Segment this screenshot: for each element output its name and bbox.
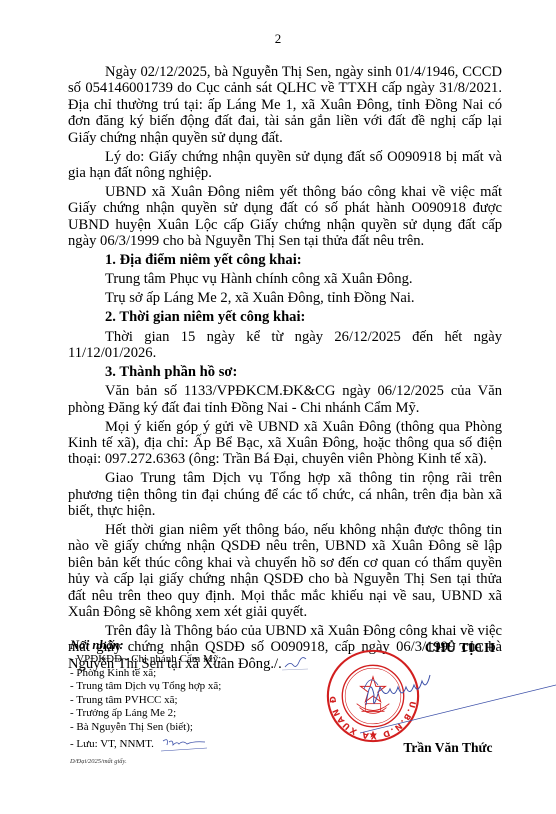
recipients-footnote: D/Đại/2025/mất giấy.: [70, 755, 270, 769]
chairman-signature-icon: [360, 665, 556, 735]
signer-name: Trần Văn Thức: [378, 740, 518, 756]
recipient-item-text: - Lưu: VT, NNMT.: [70, 738, 154, 750]
paragraph-broadcast: Giao Trung tâm Dịch vụ Tổng hợp xã thông…: [68, 470, 502, 519]
page-number: 2: [0, 31, 556, 47]
recipient-item: - Trung tâm Dịch vụ Tổng hợp xã;: [70, 680, 270, 694]
recipients-block: Nơi nhận: - VPĐKĐĐ - Chi nhánh Cẩm Mỹ; -…: [70, 638, 270, 768]
recipient-item: - Bà Nguyễn Thị Sen (biết);: [70, 721, 270, 735]
section-heading-time: 2. Thời gian niêm yết công khai:: [68, 309, 502, 325]
section-line: Trụ sở ấp Láng Me 2, xã Xuân Đông, tỉnh …: [68, 290, 502, 306]
section-line: Trung tâm Phục vụ Hành chính công xã Xuâ…: [68, 271, 502, 287]
recipient-item: - Phòng Kinh tế xã;: [70, 667, 270, 681]
recipient-item: - Lưu: VT, NNMT.: [70, 735, 270, 753]
recipient-item: - VPĐKĐĐ - Chi nhánh Cẩm Mỹ;: [70, 653, 270, 667]
paragraph-intro: Ngày 02/12/2025, bà Nguyễn Thị Sen, ngày…: [68, 64, 502, 146]
handwritten-initial-icon: [161, 735, 207, 753]
paragraph-notice: UBND xã Xuân Đông niêm yết thông báo côn…: [68, 184, 502, 250]
initial-signature-icon: [282, 657, 308, 671]
section-heading-documents: 3. Thành phần hồ sơ:: [68, 364, 502, 380]
paragraph-feedback: Mọi ý kiến góp ý gửi về UBND xã Xuân Đôn…: [68, 419, 502, 468]
section-heading-location: 1. Địa điểm niêm yết công khai:: [68, 252, 502, 268]
document-body: Ngày 02/12/2025, bà Nguyễn Thị Sen, ngày…: [68, 64, 502, 675]
recipient-item: - Trưởng ấp Láng Me 2;: [70, 707, 270, 721]
paragraph-expiry: Hết thời gian niêm yết thông báo, nếu kh…: [68, 522, 502, 620]
paragraph-reason: Lý do: Giấy chứng nhận quyền sử dụng đất…: [68, 149, 502, 182]
section-line: Văn bản số 1133/VPĐKCM.ĐK&CG ngày 06/12/…: [68, 383, 502, 416]
section-line: Thời gian 15 ngày kể từ ngày 26/12/2025 …: [68, 329, 502, 362]
recipient-item: - Trung tâm PVHCC xã;: [70, 694, 270, 708]
recipients-title: Nơi nhận:: [70, 638, 270, 653]
